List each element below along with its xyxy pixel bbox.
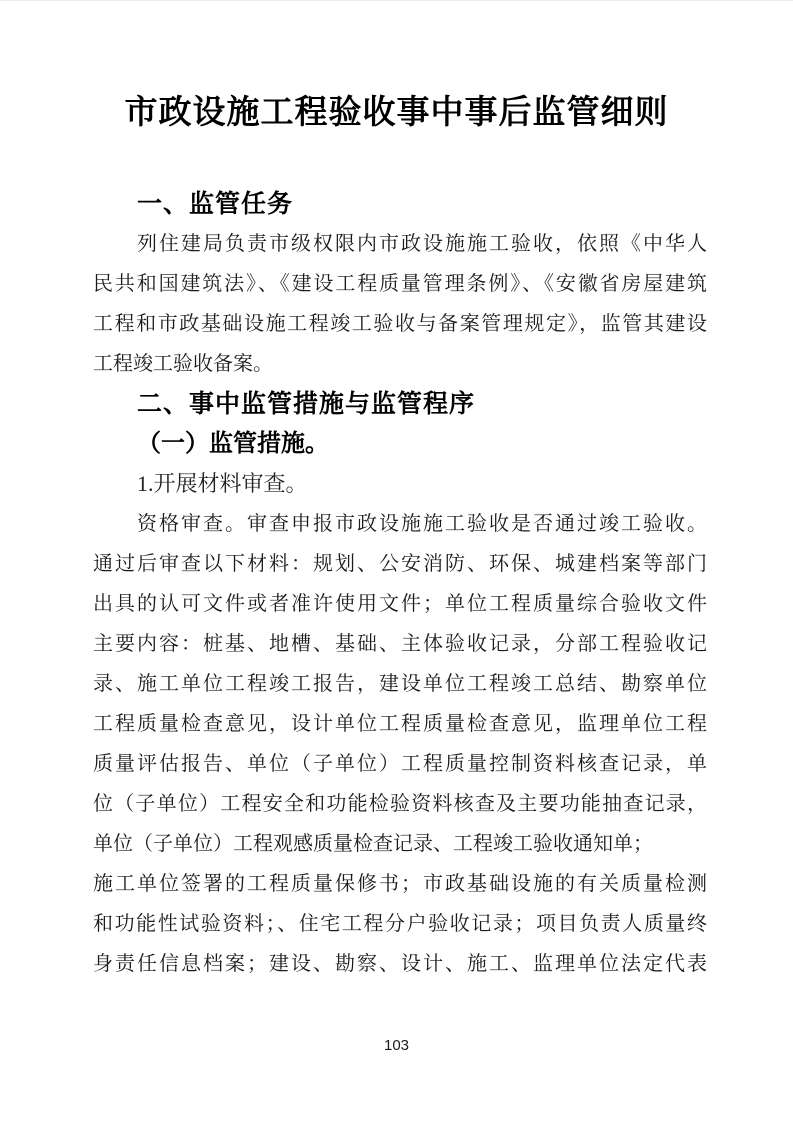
text-line: 列住建局负责市级权限内市政设施施工验收，依照《中华人: [93, 224, 707, 264]
text-line: 通过后审查以下材料：规划、公安消防、环保、城建档案等部门: [93, 544, 707, 584]
text-line: 出具的认可文件或者准许使用文件；单位工程质量综合验收文件: [93, 584, 707, 624]
text-line: 工程质量检查意见，设计单位工程质量检查意见，监理单位工程: [93, 704, 707, 744]
text-line: 录、施工单位工程竣工报告，建设单位工程竣工总结、勘察单位: [93, 664, 707, 704]
text-line: 身责任信息档案；建设、勘察、设计、施工、监理单位法定代表: [93, 944, 707, 984]
text-line: 单位（子单位）工程观感质量检查记录、工程竣工验收通知单；: [93, 824, 707, 864]
heading-in-process-measures-and-procedures: 二、事中监管措施与监管程序: [93, 384, 707, 424]
page-number: 103: [0, 1037, 793, 1054]
text-line: 资格审查。审查申报市政设施施工验收是否通过竣工验收。: [93, 504, 707, 544]
item-material-review: 1.开展材料审查。: [93, 464, 707, 504]
text-line: 质量评估报告、单位（子单位）工程质量控制资料核查记录，单: [93, 744, 707, 784]
text-line: 施工单位签署的工程质量保修书；市政基础设施的有关质量检测: [93, 864, 707, 904]
heading-supervision-tasks: 一、监管任务: [93, 184, 707, 224]
document-page: 市政设施工程验收事中事后监管细则 一、监管任务 列住建局负责市级权限内市政设施施…: [0, 0, 793, 1122]
subheading-supervision-measures: （一）监管措施。: [93, 424, 707, 464]
paragraph-qualification-review: 资格审查。审查申报市政设施施工验收是否通过竣工验收。通过后审查以下材料：规划、公…: [93, 504, 707, 984]
text-line: 位（子单位）工程安全和功能检验资料核查及主要功能抽查记录，: [93, 784, 707, 824]
document-body: 一、监管任务 列住建局负责市级权限内市政设施施工验收，依照《中华人民共和国建筑法…: [93, 184, 707, 984]
text-line: 工程和市政基础设施工程竣工验收与备案管理规定》，监管其建设: [93, 304, 707, 344]
paragraph-legal-basis: 列住建局负责市级权限内市政设施施工验收，依照《中华人民共和国建筑法》、《建设工程…: [93, 224, 707, 384]
text-line: 和功能性试验资料；、住宅工程分户验收记录；项目负责人质量终: [93, 904, 707, 944]
document-title: 市政设施工程验收事中事后监管细则: [0, 91, 793, 135]
text-line: 工程竣工验收备案。: [93, 344, 707, 384]
text-line: 主要内容：桩基、地槽、基础、主体验收记录，分部工程验收记: [93, 624, 707, 664]
text-line: 民共和国建筑法》、《建设工程质量管理条例》、《安徽省房屋建筑: [93, 264, 707, 304]
